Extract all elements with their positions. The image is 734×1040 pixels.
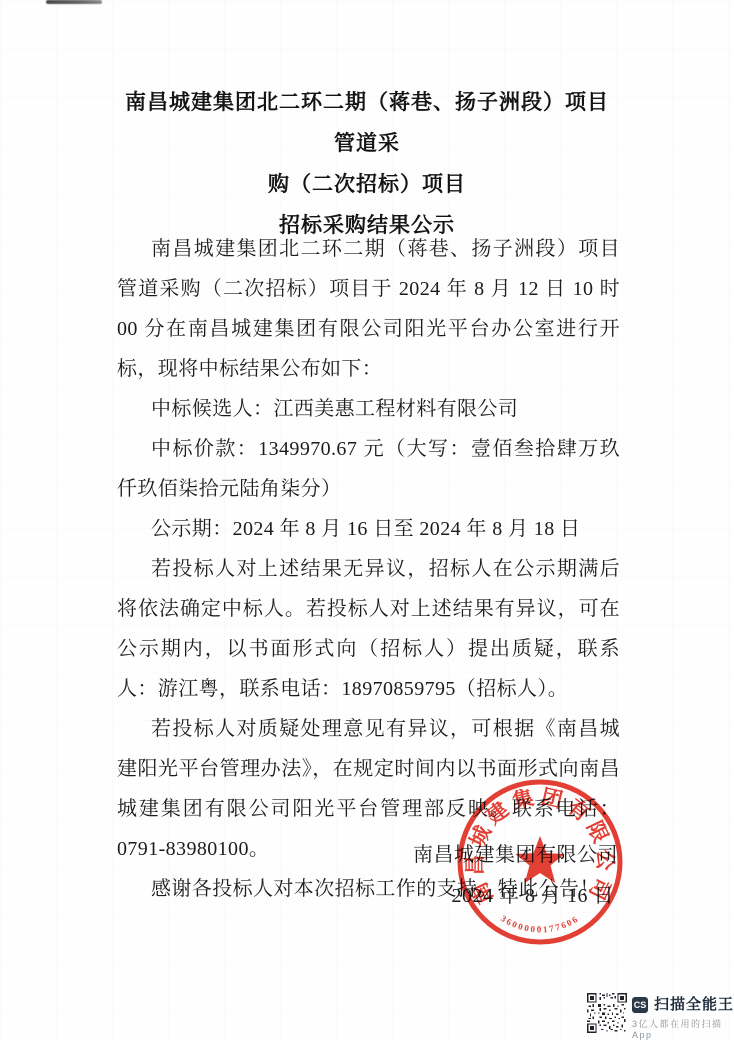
camscanner-logo-icon: CS [632, 997, 648, 1013]
camscanner-logo-text: CS [634, 1000, 647, 1010]
company-seal-stamp: 南昌城建集团有限公司 3600000177606 [445, 767, 635, 957]
paragraph-winner: 中标候选人：江西美惠工程材料有限公司 [117, 389, 620, 429]
camscanner-tagline: 3亿人都在用的扫描App [632, 1017, 734, 1040]
document-title: 南昌城建集团北二环二期（蒋巷、扬子洲段）项目 管道采 购（二次招标）项目 招标采… [116, 82, 618, 246]
scan-artifact-mark [46, 0, 102, 4]
title-line-1: 南昌城建集团北二环二期（蒋巷、扬子洲段）项目 管道采 [116, 82, 618, 164]
seal-serial-number: 3600000177606 [499, 913, 581, 934]
paragraph-objection: 若投标人对上述结果无异议，招标人在公示期满后将依法确定中标人。若投标人对上述结果… [117, 549, 620, 709]
title-line-2: 购（二次招标）项目 [116, 164, 618, 205]
paragraph-price: 中标价款：1349970.67 元（大写：壹佰叁拾肆万玖仟玖佰柒拾元陆角柒分） [117, 429, 620, 509]
paragraph-publicity-period: 公示期：2024 年 8 月 16 日至 2024 年 8 月 18 日 [117, 509, 620, 549]
document-page: 南昌城建集团北二环二期（蒋巷、扬子洲段）项目 管道采 购（二次招标）项目 招标采… [0, 0, 734, 1040]
seal-graphic: 南昌城建集团有限公司 3600000177606 [445, 767, 635, 957]
paragraph-opening: 南昌城建集团北二环二期（蒋巷、扬子洲段）项目 管道采购（二次招标）项目于 202… [117, 229, 620, 389]
svg-text:3600000177606: 3600000177606 [499, 913, 581, 934]
qr-code-icon [587, 993, 627, 1033]
camscanner-app-name: 扫描全能王 [654, 996, 734, 1014]
seal-star-icon [515, 836, 564, 883]
